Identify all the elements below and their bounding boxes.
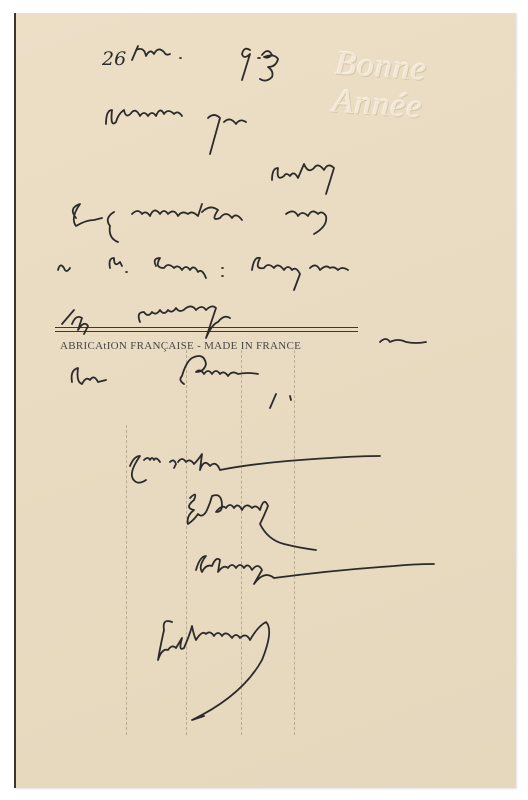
handwritten-date-day: 26 (102, 48, 126, 70)
address-divider-3 (241, 350, 242, 735)
printed-manufacturer-line: ABRICAtION FRANÇAISE - MADE IN FRANCE (60, 340, 301, 352)
postcard: Bonne Année (14, 13, 516, 788)
strike-rule-bottom (55, 331, 358, 332)
address-divider-1 (126, 425, 127, 735)
strike-rule-top (55, 327, 358, 328)
address-divider-2 (186, 350, 187, 735)
address-divider-4 (294, 350, 295, 735)
embossed-mark: Bonne Année (332, 45, 519, 134)
faint-pencil-mark (370, 670, 373, 682)
